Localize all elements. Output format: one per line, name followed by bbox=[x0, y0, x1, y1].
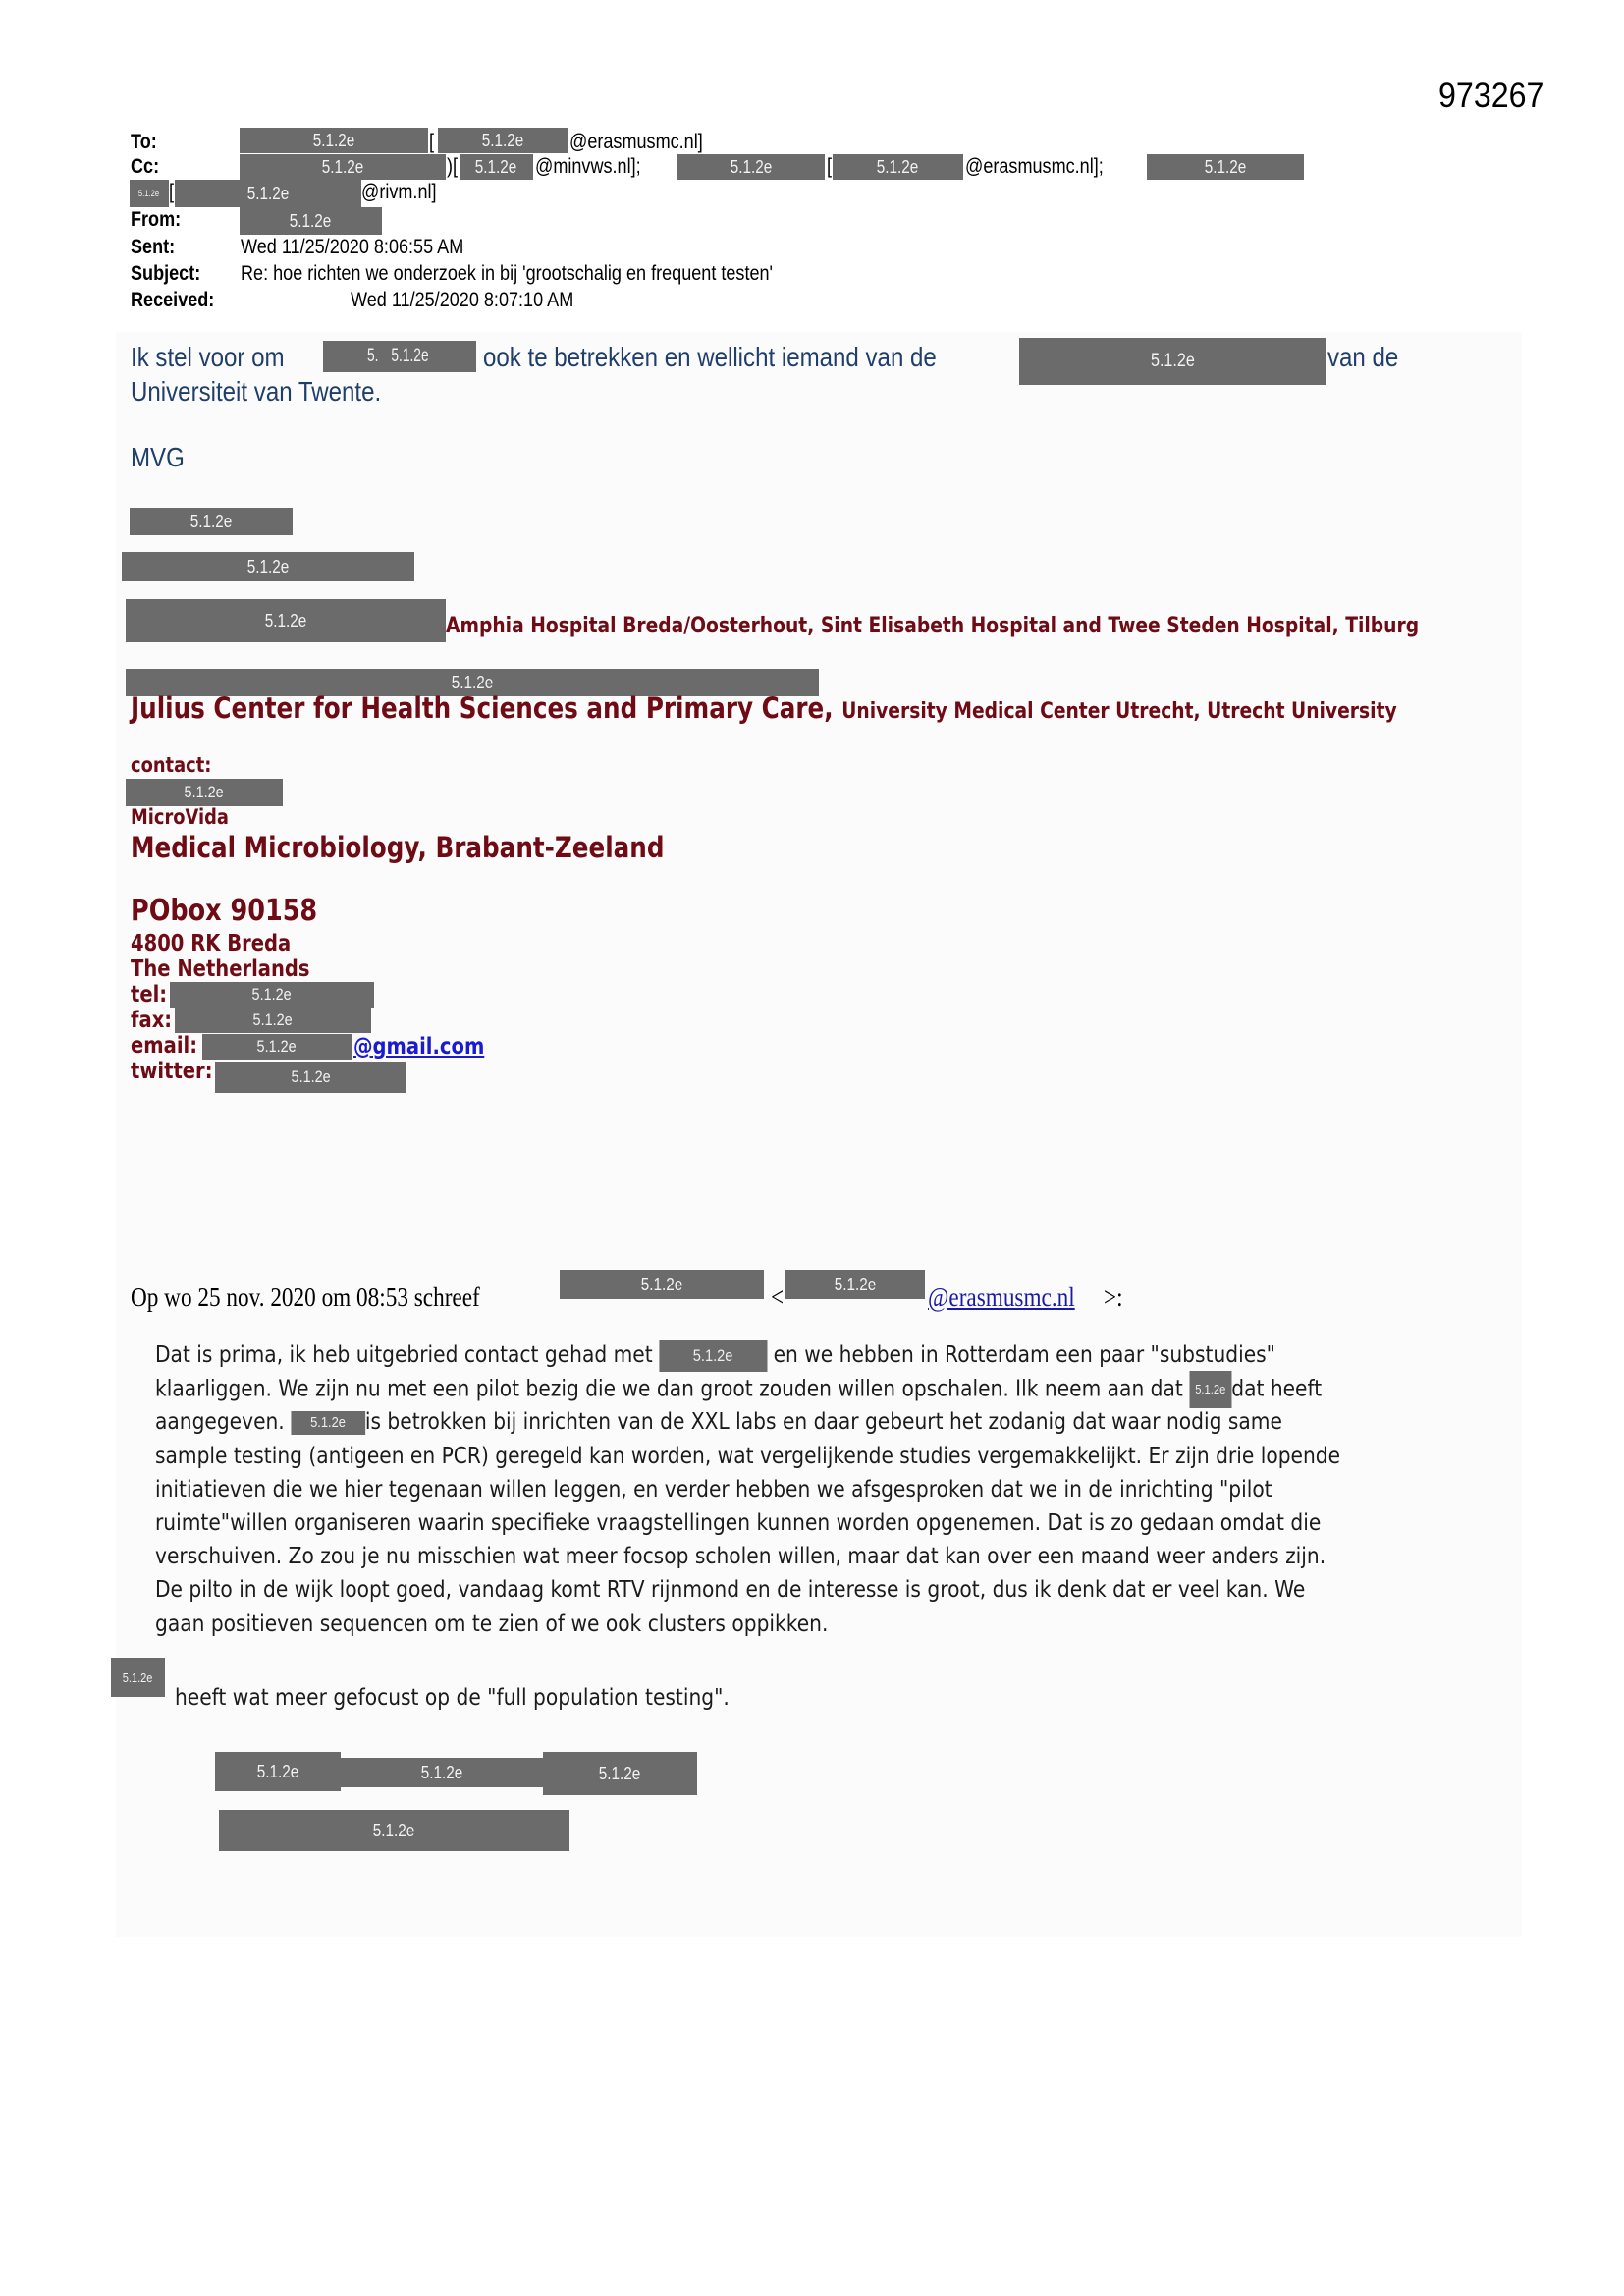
received-label: Received: bbox=[131, 289, 214, 312]
quoted-line: De pilto in de wijk loopt goed, vandaag … bbox=[155, 1572, 1337, 1606]
sig-country: The Netherlands bbox=[131, 957, 310, 982]
sig-contact-label: contact: bbox=[131, 753, 211, 777]
redaction-inline: 5.1.2e bbox=[291, 1411, 365, 1435]
redaction-quote-sig-2: 5.1.2e bbox=[341, 1758, 543, 1787]
quote-intro: Op wo 25 nov. 2020 om 08:53 schreef bbox=[131, 1283, 480, 1313]
cc-separator: )[ bbox=[447, 155, 458, 179]
quoted-line: gaan positieven sequencen om te zien of … bbox=[155, 1607, 1337, 1640]
cc-domain-erasmusmc: @erasmusmc.nl]; bbox=[965, 155, 1104, 179]
redaction-cc-user-1: 5.1.2e bbox=[460, 154, 533, 180]
to-label: To: bbox=[131, 131, 157, 154]
reply-line1-c: van de bbox=[1327, 342, 1398, 373]
cc-domain-rivm: @rivm.nl] bbox=[361, 181, 437, 204]
redaction-cc-user-3: 5.1.2e bbox=[175, 180, 361, 207]
subject-value: Re: hoe richten we onderzoek in bij 'gro… bbox=[241, 262, 773, 286]
sig-hospitals: Amphia Hospital Breda/Oosterhout, Sint E… bbox=[446, 614, 1419, 638]
sig-pobox: PObox 90158 bbox=[131, 894, 317, 928]
sig-email-link[interactable]: @gmail.com bbox=[353, 1034, 484, 1060]
quoted-body: Dat is prima, ik heb uitgebried contact … bbox=[155, 1338, 1530, 1640]
reply-line2: Universiteit van Twente. bbox=[131, 376, 381, 408]
redaction-cc-name-2: 5.1.2e bbox=[677, 154, 825, 180]
redaction-cc-small: 5.1.2e bbox=[130, 180, 169, 207]
sig-org: MicroVida bbox=[131, 805, 229, 829]
focus-line: heeft wat meer gefocust op de "full popu… bbox=[175, 1683, 730, 1711]
redaction-quote-email: 5.1.2e bbox=[785, 1270, 925, 1299]
redaction-sig-title: 5.1.2e bbox=[122, 552, 414, 581]
sent-label: Sent: bbox=[131, 236, 175, 259]
redaction-sig-tel: 5.1.2e bbox=[170, 982, 374, 1008]
redaction-quote-sig-1: 5.1.2e bbox=[215, 1752, 341, 1791]
cc-row2-bracket: [ bbox=[169, 181, 174, 204]
sig-tel-label: tel: bbox=[131, 982, 167, 1008]
cc-bracket-2: [ bbox=[827, 155, 832, 179]
reply-line1-b: ook te betrekken en wellicht iemand van … bbox=[483, 342, 937, 373]
sig-twitter-label: twitter: bbox=[131, 1059, 213, 1084]
redaction-quote-sender: 5.1.2e bbox=[560, 1270, 764, 1299]
redaction-sig-name: 5.1.2e bbox=[130, 508, 293, 535]
quoted-line: verschuiven. Zo zou je nu misschien wat … bbox=[155, 1539, 1337, 1572]
reply-closing: MVG bbox=[131, 442, 185, 473]
redaction-sig-fax: 5.1.2e bbox=[175, 1008, 371, 1033]
redaction-cc-user-2: 5.1.2e bbox=[833, 154, 963, 180]
quote-email-link[interactable]: @erasmusmc.nl bbox=[928, 1283, 1075, 1313]
quoted-line: initiatieven die we hier tegenaan willen… bbox=[155, 1472, 1337, 1505]
redaction-sig-email: 5.1.2e bbox=[202, 1034, 352, 1060]
reply-line1-a: Ik stel voor om bbox=[131, 342, 285, 373]
sig-julius: Julius Center for Health Sciences and Pr… bbox=[131, 691, 1397, 725]
received-value: Wed 11/25/2020 8:07:10 AM bbox=[351, 289, 573, 312]
sig-fax-label: fax: bbox=[131, 1008, 172, 1033]
redaction-quote-sig-3: 5.1.2e bbox=[543, 1752, 697, 1795]
to-domain: @erasmusmc.nl] bbox=[569, 131, 703, 154]
redaction-reply-group: 5.1.2e bbox=[1019, 338, 1326, 385]
to-bracket: [ bbox=[429, 131, 434, 154]
redaction-sig-contact: 5.1.2e bbox=[126, 779, 283, 806]
redaction-sig-role: 5.1.2e bbox=[126, 599, 446, 642]
cc-domain-minvws: @minvws.nl]; bbox=[535, 155, 641, 179]
redaction-cc-name-1: 5.1.2e bbox=[240, 154, 446, 180]
sent-value: Wed 11/25/2020 8:06:55 AM bbox=[241, 236, 463, 259]
redaction-inline: 5.1.2e bbox=[1189, 1371, 1231, 1408]
quoted-line: klaarliggen. We zijn nu met een pilot be… bbox=[155, 1371, 1337, 1404]
redaction-reply-person: 5. 5.1.2e bbox=[323, 341, 476, 372]
redaction-sig-twitter: 5.1.2e bbox=[215, 1062, 406, 1093]
document-number: 973267 bbox=[1438, 77, 1543, 116]
from-label: From: bbox=[131, 208, 181, 232]
quoted-line: ruimte"willen organiseren waarin specifi… bbox=[155, 1505, 1337, 1539]
quote-lt: < bbox=[771, 1283, 784, 1313]
redaction-from: 5.1.2e bbox=[240, 207, 382, 235]
redaction-focus-person: 5.1.2e bbox=[111, 1658, 165, 1697]
quote-gt: >: bbox=[1104, 1283, 1123, 1313]
redaction-to-name: 5.1.2e bbox=[240, 128, 428, 153]
quoted-line: Dat is prima, ik heb uitgebried contact … bbox=[155, 1338, 1337, 1371]
sig-email-label: email: bbox=[131, 1033, 197, 1059]
quoted-line: aangegeven. 5.1.2eis betrokken bij inric… bbox=[155, 1404, 1337, 1438]
sig-dept: Medical Microbiology, Brabant-Zeeland bbox=[131, 831, 664, 864]
redaction-quote-sig-4: 5.1.2e bbox=[219, 1810, 569, 1851]
redaction-cc-name-3: 5.1.2e bbox=[1147, 154, 1304, 180]
subject-label: Subject: bbox=[131, 262, 200, 286]
cc-label: Cc: bbox=[131, 155, 159, 179]
redaction-inline: 5.1.2e bbox=[659, 1340, 767, 1372]
quoted-line: sample testing (antigeen en PCR) geregel… bbox=[155, 1439, 1337, 1472]
redaction-to-user: 5.1.2e bbox=[438, 128, 568, 153]
sig-postcode: 4800 RK Breda bbox=[131, 931, 291, 957]
